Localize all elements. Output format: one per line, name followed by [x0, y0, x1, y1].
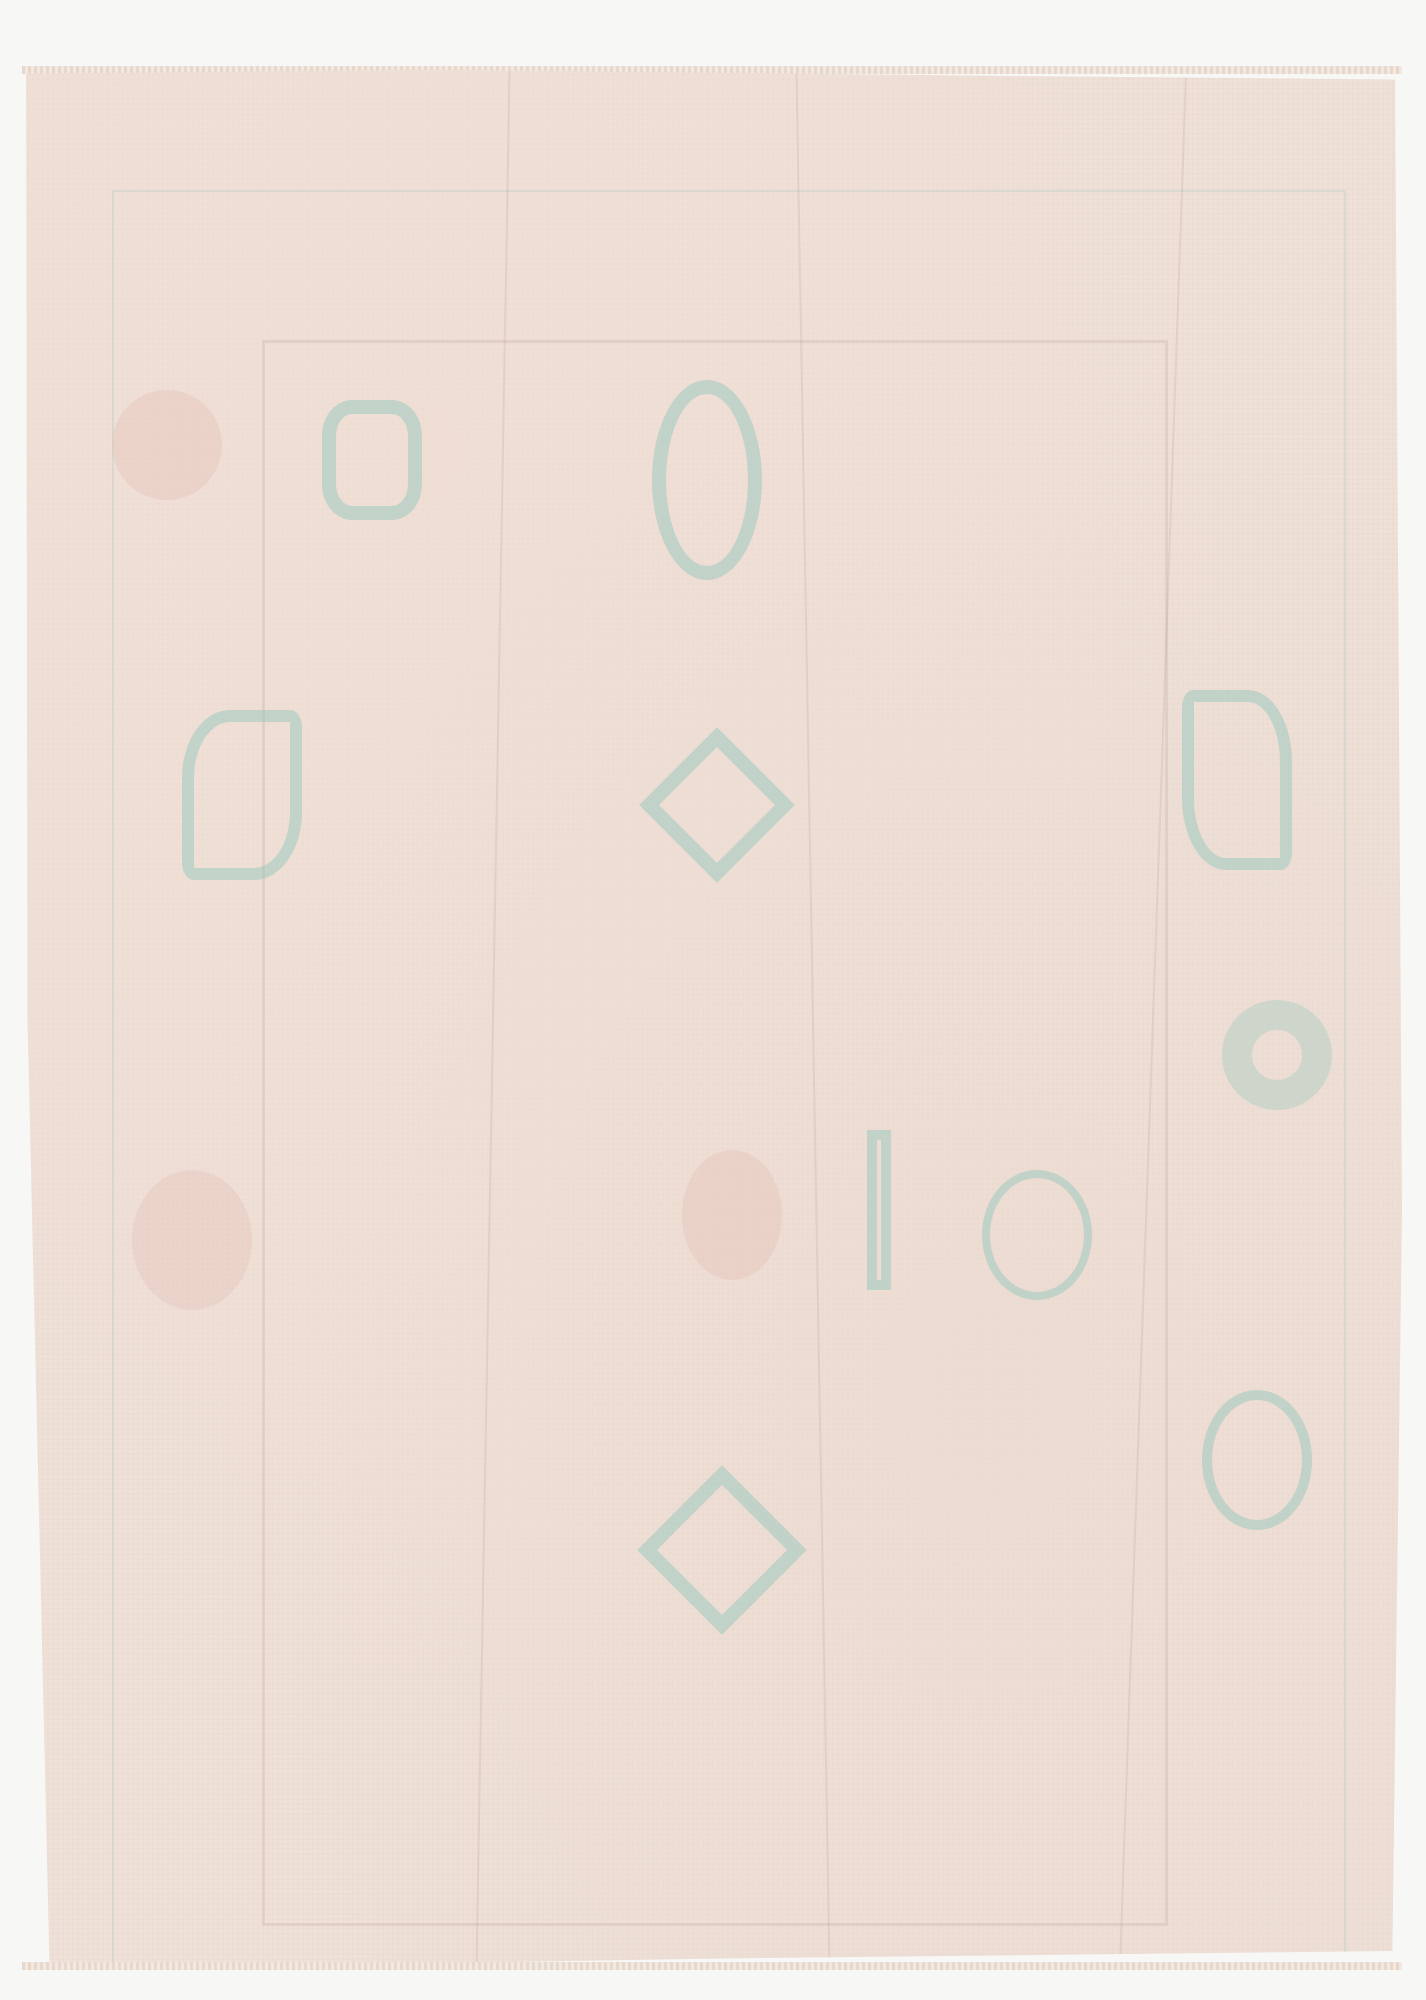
rug-medallion-motif — [652, 380, 762, 580]
rug-blush-accent — [682, 1150, 782, 1280]
rug-floral-motif — [982, 1170, 1092, 1300]
rug-border-motif — [1222, 1000, 1332, 1110]
rug-border-motif — [182, 710, 302, 880]
rug-blush-accent — [132, 1170, 252, 1310]
rug — [22, 70, 1402, 1970]
rug-border-motif — [1182, 690, 1292, 870]
rug-floral-motif — [322, 400, 422, 520]
rug-blush-accent — [112, 390, 222, 500]
rug-totem-motif — [867, 1130, 891, 1290]
rug-bottom-fringe — [22, 1962, 1402, 1970]
rug-border-motif — [1202, 1390, 1312, 1530]
